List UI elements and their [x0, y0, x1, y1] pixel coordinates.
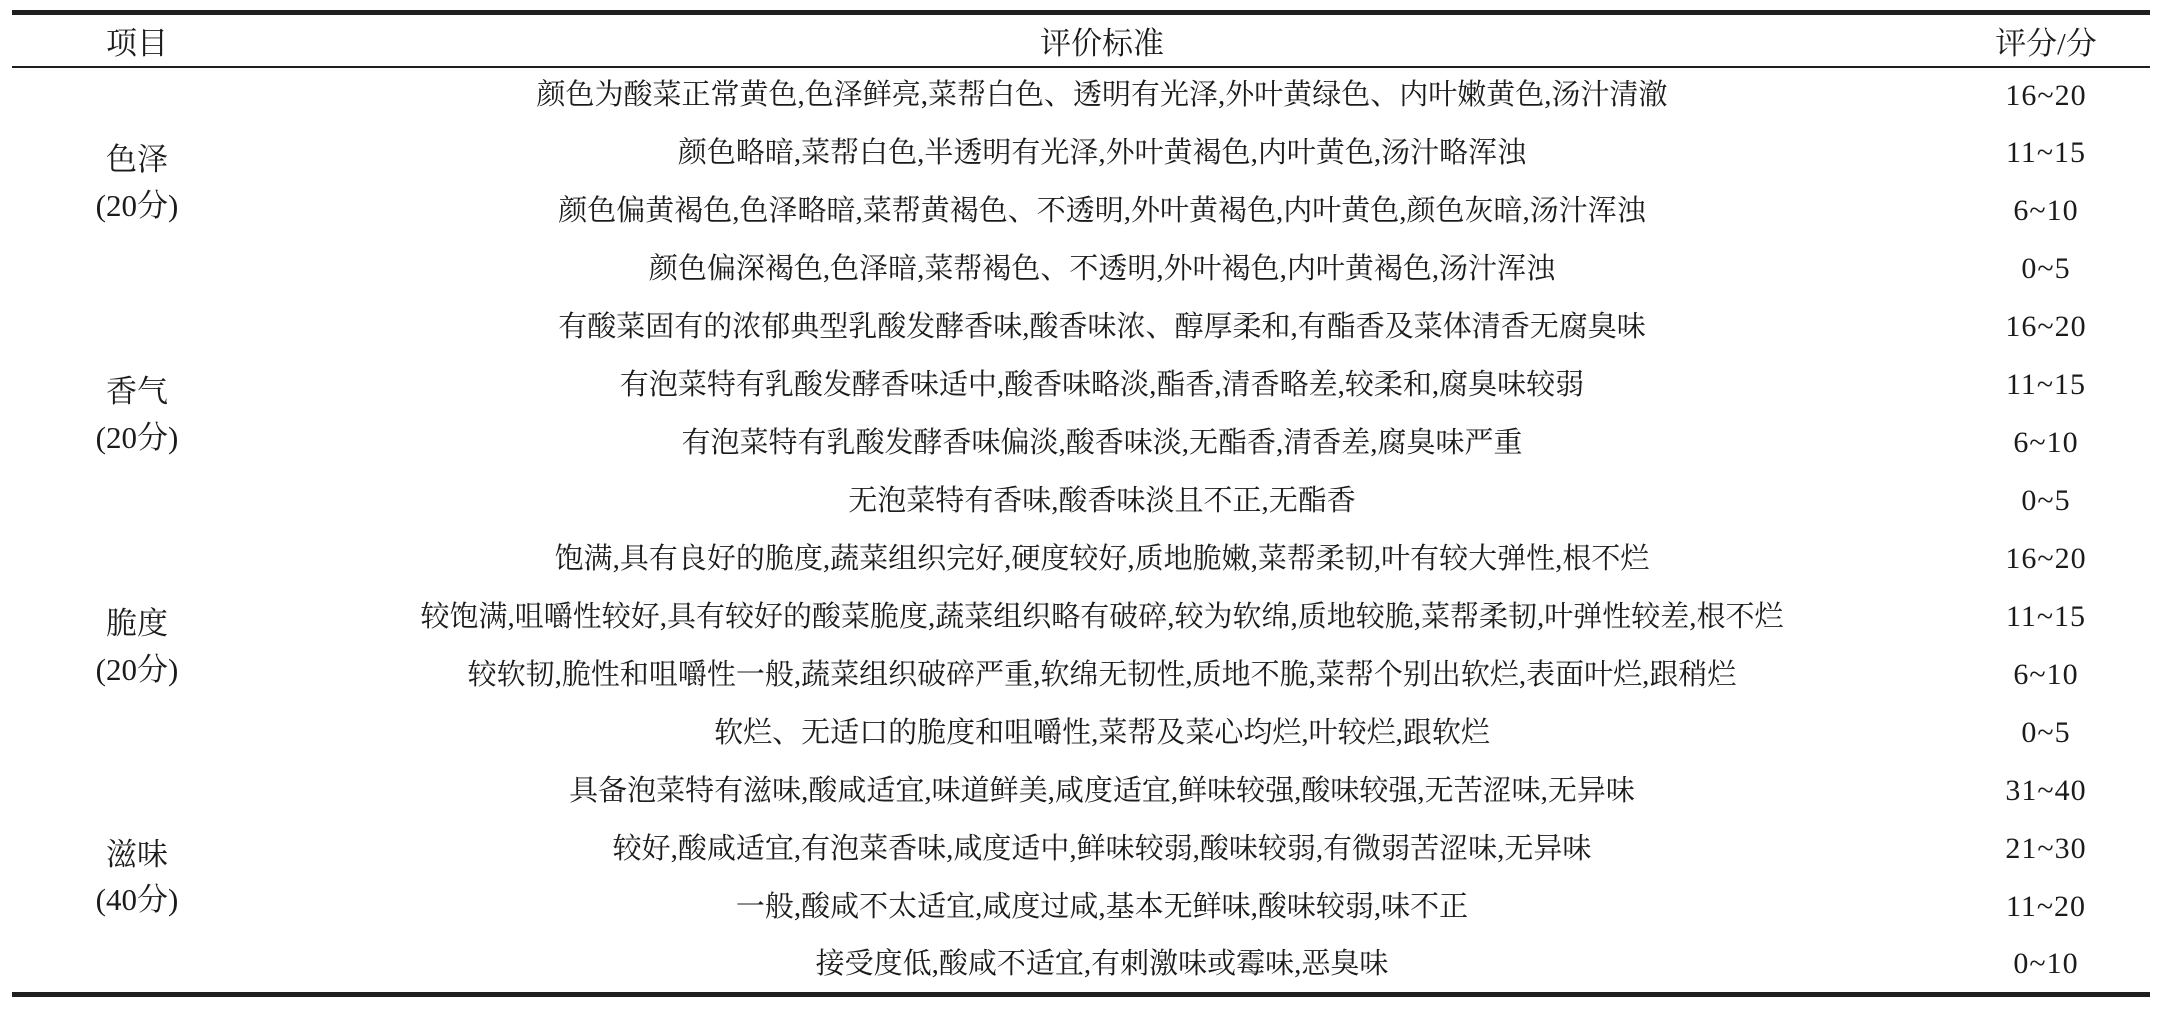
- score-cell: 0~5: [1942, 473, 2150, 531]
- score-cell: 11~15: [1942, 125, 2150, 183]
- score-cell: 16~20: [1942, 67, 2150, 125]
- item-group-label-cuidu: 脆度 (20分): [12, 531, 262, 763]
- table-row: 脆度 (20分) 饱满,具有良好的脆度,蔬菜组织完好,硬度较好,质地脆嫩,菜帮柔…: [12, 531, 2150, 589]
- criteria-cell: 有泡菜特有乳酸发酵香味偏淡,酸香味淡,无酯香,清香差,腐臭味严重: [262, 415, 1942, 473]
- score-cell: 0~10: [1942, 937, 2150, 995]
- header-row: 项目 评价标准 评分/分: [12, 13, 2150, 67]
- criteria-cell: 较饱满,咀嚼性较好,具有较好的酸菜脆度,蔬菜组织略有破碎,较为软绵,质地较脆,菜…: [262, 589, 1942, 647]
- item-points: (20分): [12, 188, 262, 224]
- table-row: 较饱满,咀嚼性较好,具有较好的酸菜脆度,蔬菜组织略有破碎,较为软绵,质地较脆,菜…: [12, 589, 2150, 647]
- table-row: 色泽 (20分) 颜色为酸菜正常黄色,色泽鲜亮,菜帮白色、透明有光泽,外叶黄绿色…: [12, 67, 2150, 125]
- column-header-item: 项目: [12, 13, 262, 67]
- score-cell: 6~10: [1942, 647, 2150, 705]
- criteria-cell: 有酸菜固有的浓郁典型乳酸发酵香味,酸香味浓、醇厚柔和,有酯香及菜体清香无腐臭味: [262, 299, 1942, 357]
- score-cell: 0~5: [1942, 705, 2150, 763]
- criteria-cell: 具备泡菜特有滋味,酸咸适宜,味道鲜美,咸度适宜,鲜味较强,酸味较强,无苦涩味,无…: [262, 763, 1942, 821]
- paper-page: 项目 评价标准 评分/分 色泽 (20分) 颜色为酸菜正常黄色,色泽鲜亮,菜帮白…: [0, 0, 2162, 1016]
- item-name: 色泽: [12, 142, 262, 178]
- item-name: 脆度: [12, 606, 262, 642]
- score-cell: 11~15: [1942, 357, 2150, 415]
- score-cell: 21~30: [1942, 821, 2150, 879]
- score-cell: 16~20: [1942, 531, 2150, 589]
- score-cell: 6~10: [1942, 415, 2150, 473]
- score-cell: 6~10: [1942, 183, 2150, 241]
- criteria-cell: 饱满,具有良好的脆度,蔬菜组织完好,硬度较好,质地脆嫩,菜帮柔韧,叶有较大弹性,…: [262, 531, 1942, 589]
- item-points: (20分): [12, 652, 262, 688]
- criteria-cell: 颜色偏深褐色,色泽暗,菜帮褐色、不透明,外叶褐色,内叶黄褐色,汤汁浑浊: [262, 241, 1942, 299]
- table-row: 无泡菜特有香味,酸香味淡且不正,无酯香 0~5: [12, 473, 2150, 531]
- table-row: 接受度低,酸咸不适宜,有刺激味或霉味,恶臭味 0~10: [12, 937, 2150, 995]
- table-row: 滋味 (40分) 具备泡菜特有滋味,酸咸适宜,味道鲜美,咸度适宜,鲜味较强,酸味…: [12, 763, 2150, 821]
- criteria-cell: 较好,酸咸适宜,有泡菜香味,咸度适中,鲜味较弱,酸味较弱,有微弱苦涩味,无异味: [262, 821, 1942, 879]
- table-row: 香气 (20分) 有酸菜固有的浓郁典型乳酸发酵香味,酸香味浓、醇厚柔和,有酯香及…: [12, 299, 2150, 357]
- item-group-label-xiangqi: 香气 (20分): [12, 299, 262, 531]
- score-cell: 0~5: [1942, 241, 2150, 299]
- score-cell: 11~15: [1942, 589, 2150, 647]
- criteria-cell: 颜色略暗,菜帮白色,半透明有光泽,外叶黄褐色,内叶黄色,汤汁略浑浊: [262, 125, 1942, 183]
- criteria-cell: 接受度低,酸咸不适宜,有刺激味或霉味,恶臭味: [262, 937, 1942, 995]
- table-row: 较好,酸咸适宜,有泡菜香味,咸度适中,鲜味较弱,酸味较弱,有微弱苦涩味,无异味 …: [12, 821, 2150, 879]
- column-header-criteria: 评价标准: [262, 13, 1942, 67]
- table-row: 颜色偏深褐色,色泽暗,菜帮褐色、不透明,外叶褐色,内叶黄褐色,汤汁浑浊 0~5: [12, 241, 2150, 299]
- item-group-label-sezé: 色泽 (20分): [12, 67, 262, 299]
- table-row: 软烂、无适口的脆度和咀嚼性,菜帮及菜心均烂,叶较烂,跟软烂 0~5: [12, 705, 2150, 763]
- criteria-cell: 颜色为酸菜正常黄色,色泽鲜亮,菜帮白色、透明有光泽,外叶黄绿色、内叶嫩黄色,汤汁…: [262, 67, 1942, 125]
- sensory-evaluation-table: 项目 评价标准 评分/分 色泽 (20分) 颜色为酸菜正常黄色,色泽鲜亮,菜帮白…: [12, 10, 2150, 997]
- criteria-cell: 颜色偏黄褐色,色泽略暗,菜帮黄褐色、不透明,外叶黄褐色,内叶黄色,颜色灰暗,汤汁…: [262, 183, 1942, 241]
- table-row: 有泡菜特有乳酸发酵香味适中,酸香味略淡,酯香,清香略差,较柔和,腐臭味较弱 11…: [12, 357, 2150, 415]
- criteria-cell: 较软韧,脆性和咀嚼性一般,蔬菜组织破碎严重,软绵无韧性,质地不脆,菜帮个别出软烂…: [262, 647, 1942, 705]
- table-row: 颜色略暗,菜帮白色,半透明有光泽,外叶黄褐色,内叶黄色,汤汁略浑浊 11~15: [12, 125, 2150, 183]
- score-cell: 16~20: [1942, 299, 2150, 357]
- criteria-cell: 有泡菜特有乳酸发酵香味适中,酸香味略淡,酯香,清香略差,较柔和,腐臭味较弱: [262, 357, 1942, 415]
- criteria-cell: 无泡菜特有香味,酸香味淡且不正,无酯香: [262, 473, 1942, 531]
- criteria-cell: 软烂、无适口的脆度和咀嚼性,菜帮及菜心均烂,叶较烂,跟软烂: [262, 705, 1942, 763]
- score-cell: 11~20: [1942, 879, 2150, 937]
- column-header-score: 评分/分: [1942, 13, 2150, 67]
- criteria-cell: 一般,酸咸不太适宜,咸度过咸,基本无鲜味,酸味较弱,味不正: [262, 879, 1942, 937]
- table-row: 颜色偏黄褐色,色泽略暗,菜帮黄褐色、不透明,外叶黄褐色,内叶黄色,颜色灰暗,汤汁…: [12, 183, 2150, 241]
- item-points: (40分): [12, 882, 262, 918]
- item-name: 香气: [12, 374, 262, 410]
- item-points: (20分): [12, 420, 262, 456]
- item-group-label-ziwei: 滋味 (40分): [12, 763, 262, 995]
- table-row: 有泡菜特有乳酸发酵香味偏淡,酸香味淡,无酯香,清香差,腐臭味严重 6~10: [12, 415, 2150, 473]
- table-row: 一般,酸咸不太适宜,咸度过咸,基本无鲜味,酸味较弱,味不正 11~20: [12, 879, 2150, 937]
- score-cell: 31~40: [1942, 763, 2150, 821]
- table-row: 较软韧,脆性和咀嚼性一般,蔬菜组织破碎严重,软绵无韧性,质地不脆,菜帮个别出软烂…: [12, 647, 2150, 705]
- item-name: 滋味: [12, 837, 262, 873]
